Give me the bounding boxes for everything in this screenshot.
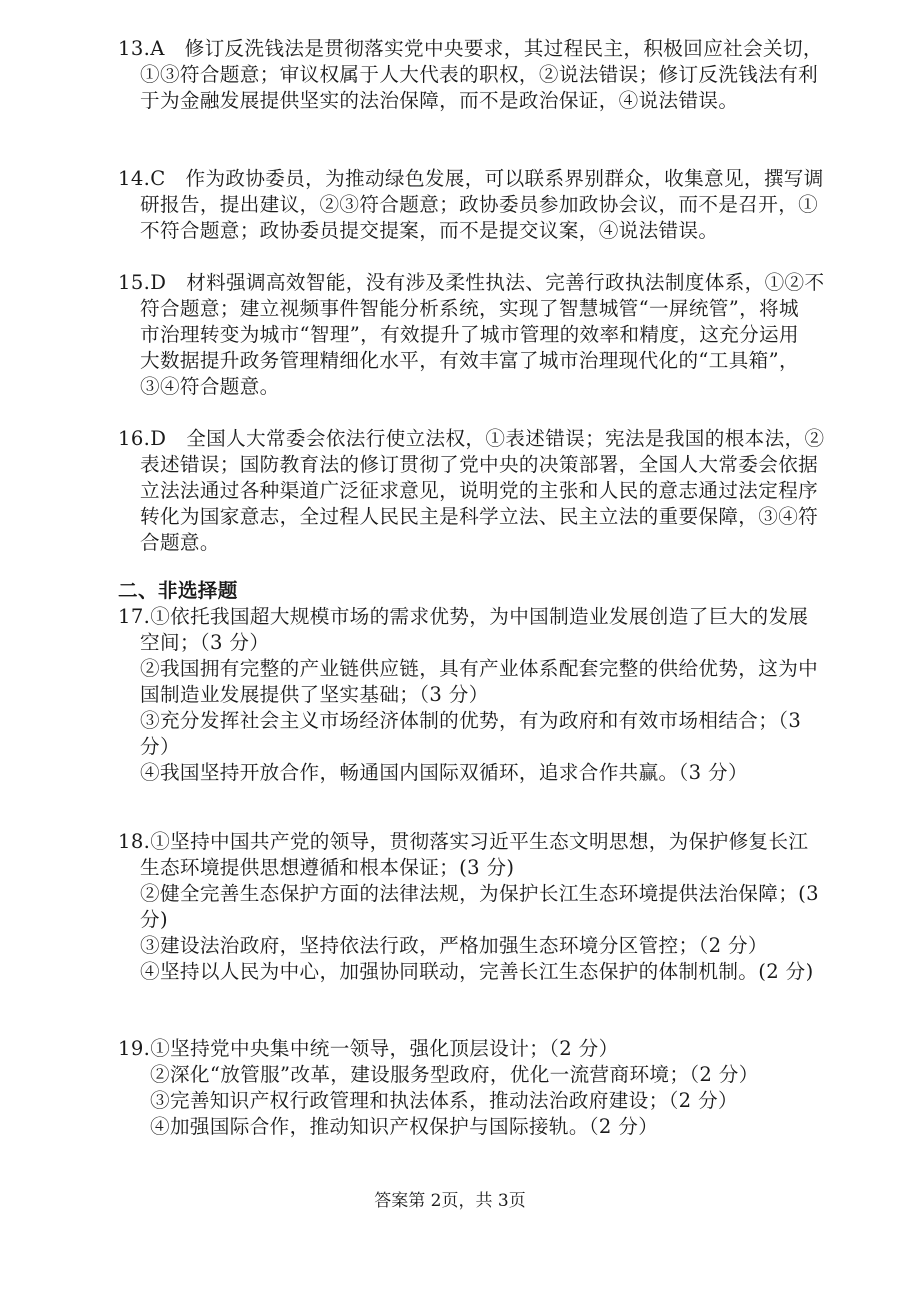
answer-17-line: 空间；（3 分） <box>140 630 269 656</box>
answer-15-line: 15.D 材料强调高效智能，没有涉及柔性执法、完善行政执法制度体系，①②不 <box>118 270 824 296</box>
answer-17-line: 17.①依托我国超大规模市场的需求优势，为中国制造业发展创造了巨大的发展 <box>118 604 808 630</box>
answer-17-line: ④我国坚持开放合作，畅通国内国际双循环，追求合作共赢。（3 分） <box>140 760 748 786</box>
answer-14-line: 14.C 作为政协委员，为推动绿色发展，可以联系界别群众，收集意见，撰写调 <box>118 166 824 192</box>
answer-19-line: ②深化“放管服”改革，建设服务型政府，优化一流营商环境；（2 分） <box>150 1062 759 1088</box>
answer-17-line: 分） <box>140 734 180 760</box>
answer-14-line: 不符合题意；政协委员提交提案，而不是提交议案，④说法错误。 <box>140 218 718 244</box>
answer-18-line: ③建设法治政府，坚持依法行政，严格加强生态环境分区管控；（2 分） <box>140 933 768 959</box>
answer-18-line: ④坚持以人民为中心，加强协同联动，完善长江生态保护的体制机制。(2 分) <box>140 959 814 985</box>
answer-18-line: 18.①坚持中国共产党的领导，贯彻落实习近平生态文明思想，为保护修复长江 <box>118 829 808 855</box>
answer-13-line: 13.A 修订反洗钱法是贯彻落实党中央要求，其过程民主，积极回应社会关切， <box>118 36 823 62</box>
answer-15-line: 市治理转变为城市“智理”，有效提升了城市管理的效率和精度，这充分运用 <box>140 322 799 348</box>
answer-19-line: ④加强国际合作，推动知识产权保护与国际接轨。（2 分） <box>150 1114 658 1140</box>
answer-15-line: 大数据提升政务管理精细化水平，有效丰富了城市治理现代化的“工具箱”， <box>140 348 799 374</box>
answer-15-line: 符合题意；建立视频事件智能分析系统，实现了智慧城管“一屏统管”，将城 <box>140 296 799 322</box>
answer-14-line: 研报告，提出建议，②③符合题意；政协委员参加政协会议，而不是召开，① <box>140 192 818 218</box>
answer-16-line: 立法法通过各种渠道广泛征求意见，说明党的主张和人民的意志通过法定程序 <box>140 478 818 504</box>
answer-16-line: 16.D 全国人大常委会依法行使立法权，①表述错误；宪法是我国的根本法，② <box>118 426 824 452</box>
answer-13-line: ①③符合题意；审议权属于人大代表的职权，②说法错误；修订反洗钱法有利 <box>140 62 818 88</box>
page-footer: 答案第 2页，共 3页 <box>0 1189 900 1213</box>
answer-16-line: 转化为国家意志，全过程人民民主是科学立法、民主立法的重要保障，③④符 <box>140 504 818 530</box>
answer-17-line: 国制造业发展提供了坚实基础；（3 分） <box>140 682 489 708</box>
answer-18-line: 分) <box>140 907 168 933</box>
answer-16-line: 合题意。 <box>140 530 220 556</box>
answer-19-line: 19.①坚持党中央集中统一领导，强化顶层设计；（2 分） <box>118 1036 619 1062</box>
answer-13-line: 于为金融发展提供坚实的法治保障，而不是政治保证，④说法错误。 <box>140 88 738 114</box>
answer-17-line: ②我国拥有完整的产业链供应链，具有产业体系配套完整的供给优势，这为中 <box>140 656 818 682</box>
answer-18-line: ②健全完善生态保护方面的法律法规，为保护长江生态环境提供法治保障；(3 <box>140 881 819 907</box>
section-heading: 二、非选择题 <box>118 578 238 604</box>
answer-15-line: ③④符合题意。 <box>140 374 280 400</box>
answer-17-line: ③充分发挥社会主义市场经济体制的优势，有为政府和有效市场相结合；（3 <box>140 708 801 734</box>
answer-16-line: 表述错误；国防教育法的修订贯彻了党中央的决策部署，全国人大常委会依据 <box>140 452 818 478</box>
answer-18-line: 生态环境提供思想遵循和根本保证；(3 分) <box>140 855 514 881</box>
answer-19-line: ③完善知识产权行政管理和执法体系，推动法治政府建设；（2 分） <box>150 1088 738 1114</box>
answer-sheet-page: 13.A 修订反洗钱法是贯彻落实党中央要求，其过程民主，积极回应社会关切， ①③… <box>0 0 900 1295</box>
